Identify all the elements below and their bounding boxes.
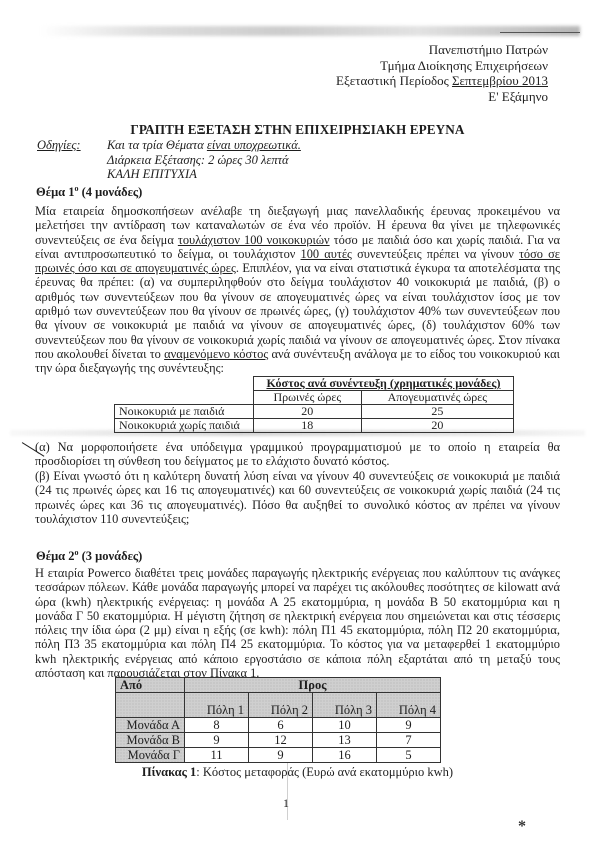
- column-header: Πόλη 2: [249, 693, 313, 718]
- row-label: Νοικοκυριά με παιδιά: [115, 405, 254, 419]
- table-header: Κόστος ανά συνέντευξη (χρηματικές μονάδε…: [253, 377, 513, 391]
- scan-artifact-top: [40, 26, 580, 36]
- topic-1-question-b: (β) Είναι γνωστό ότι η καλύτερη δυνατή λ…: [35, 469, 560, 526]
- department-name: Τμήμα Διοίκησης Επιχειρήσεων: [336, 58, 548, 74]
- semester: Ε' Εξάμηνο: [336, 89, 548, 105]
- table-caption: Πίνακας 1: Κόστος μεταφοράς (Ευρώ ανά εκ…: [0, 765, 595, 780]
- table-cell: 13: [313, 733, 377, 748]
- table-header-row: Από Προς: [116, 678, 441, 693]
- university-name: Πανεπιστήμιο Πατρών: [336, 42, 548, 58]
- instructions-line-3: ΚΑΛΗ ΕΠΙΤΥΧΙΑ: [107, 167, 301, 182]
- column-header: Πόλη 4: [377, 693, 441, 718]
- table-cell: 11: [185, 748, 249, 763]
- transport-cost-table: Από Προς Πόλη 1 Πόλη 2 Πόλη 3 Πόλη 4 Μον…: [115, 677, 441, 763]
- table-cell: 9: [249, 748, 313, 763]
- table-cell: 9: [185, 733, 249, 748]
- asterisk-mark: *: [518, 818, 526, 836]
- table-cell: 5: [377, 748, 441, 763]
- instructions-line-1: Και τα τρία Θέματα είναι υποχρεωτικά.: [107, 138, 301, 153]
- instructions-label: Οδηγίες:: [37, 138, 81, 153]
- table-row: Μονάδα Α 8 6 10 9: [116, 718, 441, 733]
- row-label: Νοικοκυριά χωρίς παιδιά: [115, 419, 254, 433]
- from-header: Από: [116, 678, 185, 693]
- topic-1-title: Θέμα 1ο (4 μονάδες): [36, 184, 142, 200]
- row-label: Μονάδα Β: [116, 733, 185, 748]
- table-cell: 20: [361, 419, 513, 433]
- table-cell: 6: [249, 718, 313, 733]
- table-cell: 9: [377, 718, 441, 733]
- column-header: Πόλη 1: [185, 693, 249, 718]
- table-row: Μονάδα Γ 11 9 16 5: [116, 748, 441, 763]
- instructions-line-2: Διάρκεια Εξέτασης: 2 ώρες 30 λεπτά: [107, 153, 301, 168]
- page-number: 1: [283, 796, 289, 811]
- exam-period: Εξεταστική Περίοδος Σεπτεμβρίου 2013: [336, 73, 548, 89]
- exam-period-date: Σεπτεμβρίου 2013: [452, 73, 548, 88]
- exam-title: ΓΡΑΠΤΗ ΕΞΕΤΑΣΗ ΣΤΗΝ ΕΠΙΧΕΙΡΗΣΙΑΚΗ ΕΡΕΥΝΑ: [0, 122, 595, 138]
- row-label: Μονάδα Α: [116, 718, 185, 733]
- cost-per-interview-table: Κόστος ανά συνέντευξη (χρηματικές μονάδε…: [114, 376, 514, 433]
- row-label: Μονάδα Γ: [116, 748, 185, 763]
- table-header-row: Κόστος ανά συνέντευξη (χρηματικές μονάδε…: [115, 377, 514, 391]
- column-header: Πόλη 3: [313, 693, 377, 718]
- to-header: Προς: [185, 678, 441, 693]
- table-subheader-row: Πόλη 1 Πόλη 2 Πόλη 3 Πόλη 4: [116, 693, 441, 718]
- column-header: Πρωινές ώρες: [253, 391, 361, 405]
- exam-header: Πανεπιστήμιο Πατρών Τμήμα Διοίκησης Επιχ…: [336, 42, 548, 104]
- table-cell: 12: [249, 733, 313, 748]
- topic-2-title: Θέμα 2ο (3 μονάδες): [36, 548, 142, 564]
- instructions: Και τα τρία Θέματα είναι υποχρεωτικά. Δι…: [107, 138, 301, 182]
- table-cell: 20: [253, 405, 361, 419]
- table-row: Νοικοκυριά με παιδιά 20 25: [115, 405, 514, 419]
- table-cell: 10: [313, 718, 377, 733]
- topic-1-paragraph: Μία εταιρεία δημοσκοπήσεων ανέλαβε τη δι…: [35, 204, 560, 376]
- scan-artifact-line: [500, 32, 580, 33]
- topic-2-paragraph: Η εταιρία Powerco διαθέτει τρεις μονάδες…: [35, 566, 560, 680]
- table-subheader-row: Πρωινές ώρες Απογευματινές ώρες: [115, 391, 514, 405]
- table-cell: 7: [377, 733, 441, 748]
- table-cell: 18: [253, 419, 361, 433]
- column-header: Απογευματινές ώρες: [361, 391, 513, 405]
- table-row: Μονάδα Β 9 12 13 7: [116, 733, 441, 748]
- table-cell: 16: [313, 748, 377, 763]
- table-row: Νοικοκυριά χωρίς παιδιά 18 20: [115, 419, 514, 433]
- table-cell: 25: [361, 405, 513, 419]
- topic-1-question-a: (α) Να μορφοποιήσετε ένα υπόδειγμα γραμμ…: [35, 440, 560, 469]
- table-cell: 8: [185, 718, 249, 733]
